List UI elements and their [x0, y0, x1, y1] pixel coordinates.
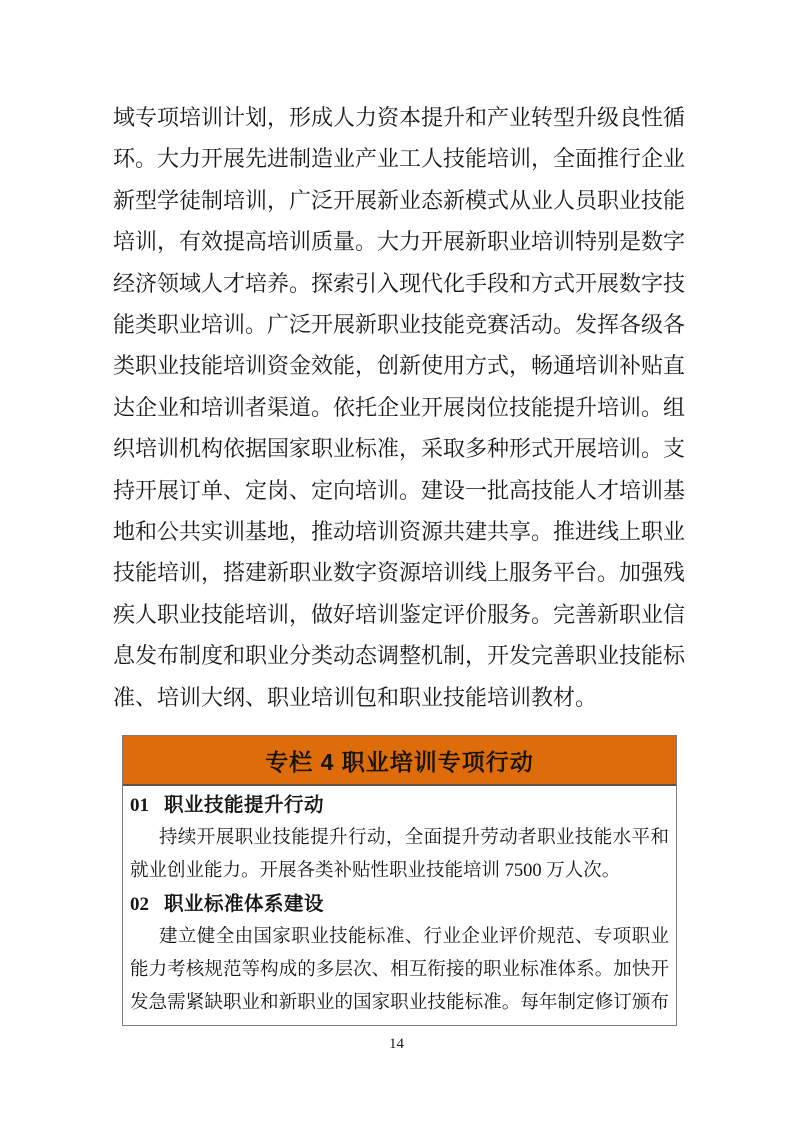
- callout-item-line: 就业创业能力。开展各类补贴性职业技能培训 7500 万人次。: [130, 855, 669, 888]
- body-line: 准、培训大纲、职业培训包和职业技能培训教材。: [113, 677, 683, 718]
- callout-item-title: 职业标准体系建设: [164, 888, 324, 921]
- page-number: 14: [0, 1036, 793, 1053]
- callout-item-heading: 01 职业技能提升行动: [130, 789, 669, 822]
- body-line: 培训，有效提高培训质量。大力开展新职业培训特别是数字: [113, 221, 683, 262]
- body-line: 环。大力开展先进制造业产业工人技能培训，全面推行企业: [113, 138, 683, 179]
- callout-item-heading: 02 职业标准体系建设: [130, 888, 669, 921]
- body-line: 息发布制度和职业分类动态调整机制，开发完善职业技能标: [113, 635, 683, 676]
- callout-box-title: 专栏 4 职业培训专项行动: [123, 736, 676, 786]
- body-line: 能类职业培训。广泛开展新职业技能竞赛活动。发挥各级各: [113, 304, 683, 345]
- body-line: 持开展订单、定岗、定向培训。建设一批高技能人才培训基: [113, 470, 683, 511]
- body-line: 织培训机构依据国家职业标准，采取多种形式开展培训。支: [113, 428, 683, 469]
- callout-item-line: 建立健全由国家职业技能标准、行业企业评价规范、专项职业: [130, 921, 669, 954]
- body-paragraph: 域专项培训计划，形成人力资本提升和产业转型升级良性循 环。大力开展先进制造业产业…: [113, 97, 683, 718]
- callout-item-number: 02: [130, 888, 149, 921]
- callout-item-line: 能力考核规范等构成的多层次、相互衔接的职业标准体系。加快开: [130, 954, 669, 987]
- callout-box: 专栏 4 职业培训专项行动 01 职业技能提升行动 持续开展职业技能提升行动，全…: [122, 735, 677, 1026]
- callout-box-body: 01 职业技能提升行动 持续开展职业技能提升行动，全面提升劳动者职业技能水平和 …: [123, 786, 676, 1025]
- callout-item-line: 发急需紧缺职业和新职业的国家职业技能标准。每年制定修订颁布: [130, 987, 669, 1020]
- document-page: 域专项培训计划，形成人力资本提升和产业转型升级良性循 环。大力开展先进制造业产业…: [0, 0, 793, 1122]
- callout-item-title: 职业技能提升行动: [164, 789, 324, 822]
- body-line: 技能培训，搭建新职业数字资源培训线上服务平台。加强残: [113, 552, 683, 593]
- body-line: 达企业和培训者渠道。依托企业开展岗位技能提升培训。组: [113, 387, 683, 428]
- body-line: 疾人职业技能培训，做好培训鉴定评价服务。完善新职业信: [113, 594, 683, 635]
- callout-item-number: 01: [130, 789, 149, 822]
- body-line: 新型学徒制培训，广泛开展新业态新模式从业人员职业技能: [113, 180, 683, 221]
- body-line: 类职业技能培训资金效能，创新使用方式，畅通培训补贴直: [113, 345, 683, 386]
- body-line: 域专项培训计划，形成人力资本提升和产业转型升级良性循: [113, 97, 683, 138]
- callout-item-line: 持续开展职业技能提升行动，全面提升劳动者职业技能水平和: [130, 822, 669, 855]
- body-line: 地和公共实训基地，推动培训资源共建共享。推进线上职业: [113, 511, 683, 552]
- body-line: 经济领域人才培养。探索引入现代化手段和方式开展数字技: [113, 263, 683, 304]
